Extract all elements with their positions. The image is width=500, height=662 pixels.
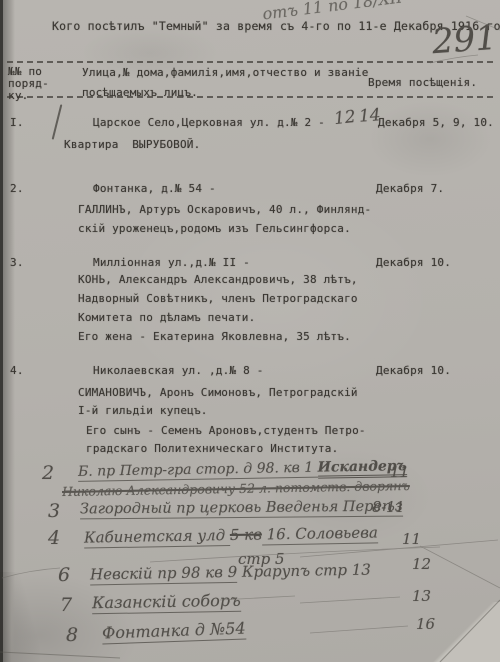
page-bottom-right-corner [430,602,500,662]
entry4-detail-line4: градскаго Политехническаго Института. [86,442,338,455]
entry1-number: I. [10,116,24,129]
entry3-detail-line3: Комитета по дѣламъ печати. [78,311,255,324]
hw-entry2-address: Загородный пр церковь Введенья Переѣз [80,499,403,520]
entry3-detail-line4: Его жена - Екатерина Яковлевна, 35 лѣтъ. [78,330,351,343]
hw-entry4-time: 12 [412,555,431,573]
col-header-number-line3: ку. [8,89,28,102]
hw-entry1-number: 2 [42,462,54,484]
hw-entry2-text: Загородный пр церковь Введенья Переѣз [80,499,403,518]
col-header-time: Время посѣщенія. [368,76,477,89]
col-header-description-line2: посѣщаемыхъ лицъ. [82,86,198,99]
hw-entry6-time: 16 [416,615,435,633]
entry4-street: Николаевская ул. ,д.№ 8 - [93,364,264,377]
entry3-street: Милліонная ул.,д.№ II - [93,256,250,269]
hw-entry3-struck-part: 5 кв [230,525,262,544]
hw-entry5-number: 7 [60,594,72,616]
dashed-rule-bottom [7,96,493,98]
entry2-time: Декабря 7. [376,182,444,195]
entry4-number: 4. [10,364,24,377]
hw-entry1-text: Б. пр Петр-гра стор. д 98. кв 1 Искандер… [78,458,407,480]
col-header-description-line1: Улица,№ дома,фамилія,имя,отчество и зван… [82,66,369,79]
hw-entry5-text: Казанскій соборъ [92,591,241,613]
entry1-time: Декабря 5, 9, 10. [378,116,494,129]
hw-entry6-text: Фонтанка д №54 [102,618,246,642]
hw-entry3-street: Кабинетская улд [84,526,230,549]
hw-entry5-time: 13 [412,587,431,605]
entry1-detail-line1: Квартира ВЫРУБОВОЙ. [64,138,200,151]
entry4-detail-line2: I-й гильдіи купецъ. [78,404,208,417]
hw-entry5-address: Казанскій соборъ [92,591,241,615]
hw-entry1-address: Б. пр Петр-гра стор. д 98. кв 1 [78,460,318,482]
hw-entry3-time: 11 [402,530,421,548]
hw-entry3-correction: 16. Соловьева [262,523,378,545]
entry3-time: Декабря 10. [376,256,451,269]
page-number: 291 [431,18,499,62]
hw-entry4-name: Крарупъ стр 13 [237,561,371,581]
entry2-street: Фонтанка, д.№ 54 - [93,182,216,195]
entry1-hand-date-1: 12 [333,107,357,129]
entry2-number: 2. [10,182,24,195]
hw-entry4-text: Невскій пр 98 кв 9 Крарупъ стр 13 [90,561,371,584]
entry4-detail-line1: СИМАНОВИЧЪ, Аронъ Симоновъ, Петроградскі… [78,386,358,399]
hw-entry4-address: Невскій пр 98 кв 9 [90,563,237,586]
entry3-detail-line2: Надворный Совѣтникъ, членъ Петроградскаг… [78,292,358,305]
entry4-time: Декабря 10. [376,364,451,377]
hw-entry6-address: Фонтанка д №54 [102,618,246,644]
entry3-number: 3. [10,256,24,269]
entry4-detail-line3: Его сынъ - Семенъ Ароновъ,студентъ Петро… [86,424,366,437]
entry2-detail-line2: скій уроженецъ,родомъ изъ Гельсингфорса. [78,222,351,235]
entry1-street: Царское Село,Церковная ул. д.№ 2 - [93,116,325,129]
hw-entry2-time: 8-11 [372,500,405,516]
scanned-document-page: отъ 11 по 18/XII Кого посѣтилъ "Темный" … [0,0,500,662]
hw-entry3-text: Кабинетская улд 5 кв 16. Соловьева [84,523,378,546]
hw-entry4-number: 6 [58,564,70,586]
hw-entry3-number: 4 [48,527,60,549]
hw-entry6-number: 8 [66,624,78,646]
entry1-pencil-tick [52,104,63,140]
entry2-detail-line1: ГАЛЛИНЪ, Артуръ Оскаровичъ, 40 л., Финля… [78,203,371,216]
page-bottom-left-smudge [0,572,40,662]
hw-entry2-number: 3 [48,500,60,522]
dashed-rule-top [7,61,493,63]
entry3-detail-line1: КОНЬ, Александръ Александровичъ, 38 лѣтъ… [78,273,358,286]
